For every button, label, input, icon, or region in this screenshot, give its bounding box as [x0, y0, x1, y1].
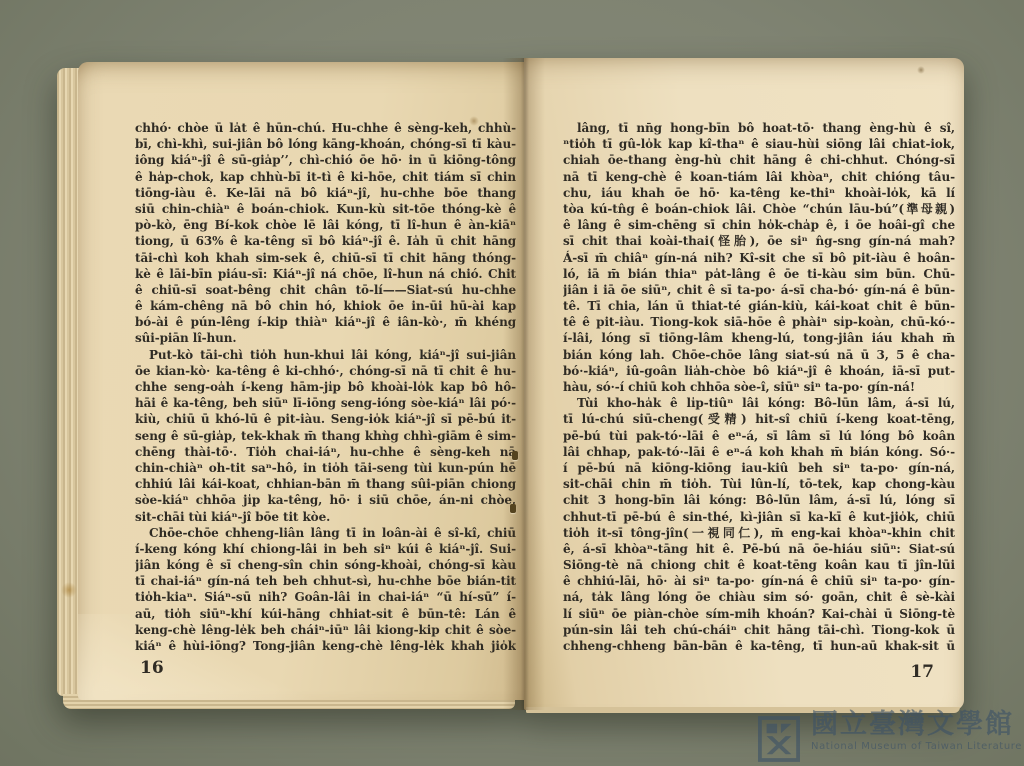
watermark-title-zh: 國立臺灣文學館: [811, 710, 1022, 740]
text-line: í-lâi, lóng sī tiōng-lâm kheng-lú, tong-…: [563, 330, 955, 346]
text-line: siū chin-chiàⁿ ê boán-chiok. Kun-kù sit-…: [135, 201, 516, 217]
watermark-text: 國立臺灣文學館 National Museum of Taiwan Litera…: [811, 710, 1022, 753]
text-line: tiōng-iàu ê. Ke-lāi nā bô kiáⁿ-jî, hu-ch…: [135, 185, 516, 201]
text-line: Á-sī m̄ chiâⁿ gín-ná nih? Kî-sit che sī …: [563, 250, 955, 266]
text-line: chhiú lâi kái-koat, chhian-bān m̄ thang …: [135, 476, 516, 492]
text-line: hàu, só·-í chiū koh chhōa sòe-î, siūⁿ si…: [563, 379, 955, 395]
photo-background: chhó· chòe ū la̍t ê hūn-chú. Hu-chhe ê s…: [0, 0, 1024, 766]
text-line: bī, chì-khì, sui-jiân bô lóng kāng-khoán…: [135, 136, 516, 152]
text-line: ê, á-sī khòaⁿ-tāng hit ê. Pē-bú nā ōe-hi…: [563, 541, 955, 557]
right-page: lâng, tī nn̄g hong-bīn bô hoat-tō· thang…: [524, 58, 964, 710]
text-line: Put-kò tāi-chì tio̍h hun-khui lâi kóng, …: [135, 347, 516, 363]
text-line: chhut-tī pē-bú ê sin-thé, kì-jiân sī ka-…: [563, 509, 955, 525]
staple-icon: [512, 451, 518, 460]
text-line: hāi ê ka-têng, beh siūⁿ lī-iōng seng-ión…: [135, 395, 516, 411]
text-line: Tùi kho-ha̍k ê li̍p-tiûⁿ lâi kóng: Bô-lū…: [563, 395, 955, 411]
text-line: tê. Tī chia, lán ū thiat-té gián-kiù, ká…: [563, 298, 955, 314]
text-line: ⁿtio̍h tī gû-lo̍k kap kî-thaⁿ ê siau-hùi…: [563, 136, 955, 152]
page-edge-stack-left: [57, 68, 79, 696]
left-page-text: chhó· chòe ū la̍t ê hūn-chú. Hu-chhe ê s…: [135, 120, 516, 654]
text-line: kiù, chiū ū khó-lū ê pit-iàu. Seng-io̍k …: [135, 411, 516, 427]
text-line: sit-chāi chin m̄ tio̍h. Tùi lûn-lí, tō-t…: [563, 476, 955, 492]
right-page-text: lâng, tī nn̄g hong-bīn bô hoat-tō· thang…: [563, 120, 955, 654]
text-line: pò-kò, ēng Bí-kok chòe lē lâi kóng, tī l…: [135, 217, 516, 233]
text-line: tio̍h it-sī tông-jîn(一視同仁), m̄ eng-kai k…: [563, 525, 955, 541]
text-line: ê ha̍p-chok, kap chhù-bī it-tì ê ki-hōe,…: [135, 169, 516, 185]
text-line: pē-bú tùi pak-tó·-lāi ê eⁿ-á, sī lâm sī …: [563, 428, 955, 444]
text-line: chheng-chheng bān-bān ê ka-têng, tī hun-…: [563, 638, 955, 654]
left-page: chhó· chòe ū la̍t ê hūn-chú. Hu-chhe ê s…: [78, 62, 524, 700]
text-line: chhe seng-oa̍h í-keng hām-ji̍p bô khoài-…: [135, 379, 516, 395]
text-line: nā tī keng-chè ê koan-tiám lâi khòaⁿ, ch…: [563, 169, 955, 185]
text-line: í pē-bú nā kiōng-kiōng iau-kiû beh siⁿ t…: [563, 460, 955, 476]
text-line: ê lâng ê sim-chēng sī chin ho̍k-cha̍p ê,…: [563, 217, 955, 233]
museum-logo-icon: [758, 716, 800, 762]
text-line: chu, iáu khah ōe hō· ka-têng ke-thiⁿ kho…: [563, 185, 955, 201]
text-line: ê kám-chêng nā bô chin hó, khiok ōe in-ū…: [135, 298, 516, 314]
text-line: pún-sin lâi teh chú-cháiⁿ chit hāng tāi-…: [563, 622, 955, 638]
text-line: ê chhiú-lāi, hō· ài siⁿ ta-po· gín-ná ê …: [563, 573, 955, 589]
text-line: lâi chhap, pak-tó·-lāi ê eⁿ-á koh khah m…: [563, 444, 955, 460]
page-number-right: 17: [910, 662, 934, 682]
text-line: bián kóng lah. Chōe-chōe lâng siat-sú nā…: [563, 347, 955, 363]
text-line: sûi-piān lî-hun.: [135, 330, 516, 346]
text-line: chin-chiàⁿ oh-tit saⁿ-hô, in tio̍h tāi-s…: [135, 460, 516, 476]
text-line: ná, ta̍k lâng lóng ōe chiàu sim só· goān…: [563, 589, 955, 605]
text-line: ê chiū-sī soat-bêng chit chân tō-lí——Sia…: [135, 282, 516, 298]
text-line: tê ê pit-iàu. Tiong-kok siā-hōe ê phàiⁿ …: [563, 314, 955, 330]
text-line: keng-chè lêng-le̍k beh cháiⁿ-iūⁿ lâi kio…: [135, 622, 516, 638]
text-line: chhó· chòe ū la̍t ê hūn-chú. Hu-chhe ê s…: [135, 120, 516, 136]
text-line: sī chit thai koài-thai(怪胎), ōe siⁿ n̂g-s…: [563, 233, 955, 249]
text-line: tio̍h-kiaⁿ. Siáⁿ-sū nih? Goân-lâi in cha…: [135, 589, 516, 605]
text-line: kiáⁿ ê hùi-iōng? Tong-jiân keng-chè lêng…: [135, 638, 516, 654]
text-line: ōe kian-kò· ka-têng ê ki-chhó·, chóng-sī…: [135, 363, 516, 379]
text-line: jiân kóng ê sī cheng-sîn chin sóng-khoài…: [135, 557, 516, 573]
text-line: bó-ài ê pún-lêng í-kip thiàⁿ kiáⁿ-jî ê i…: [135, 314, 516, 330]
page-number-left: 16: [140, 658, 164, 678]
text-line: aū, tio̍h siūⁿ-khí kúi-hāng chhiat-si̍t …: [135, 606, 516, 622]
text-line: tāi-chì koh khah sim-sek ê, chiū-sī tī c…: [135, 250, 516, 266]
text-line: lâng, tī nn̄g hong-bīn bô hoat-tō· thang…: [563, 120, 955, 136]
text-line: seng ê sū-gia̍p, tek-khak m̄ thang khǹg …: [135, 428, 516, 444]
text-line: lí siūⁿ ōe piàn-chòe sím-mih khoán? Kai-…: [563, 606, 955, 622]
text-line: í-keng kóng khí chiong-lâi in beh siⁿ kú…: [135, 541, 516, 557]
text-line: tī chai-iáⁿ gín-ná teh beh chhut-sì, hu-…: [135, 573, 516, 589]
text-line: tī lú-chú siū-cheng(受精) hit-sî chiū í-ke…: [563, 411, 955, 427]
text-line: sòe-kiáⁿ chhōa ji̍p ka-têng, hō· i siū c…: [135, 492, 516, 508]
text-line: Chōe-chōe chheng-liân lâng tī in loân-ài…: [135, 525, 516, 541]
text-line: sit-chāi tùi kiáⁿ-jî bōe tit kòe.: [135, 509, 516, 525]
text-line: tòa kú-tn̂g ê boán-chiok lâi. Chòe “chún…: [563, 201, 955, 217]
text-line: chēng thài-tō·. Tio̍h chai-iáⁿ, hu-chhe …: [135, 444, 516, 460]
text-line: tiong, ū 63% ê ka-têng sī bô kiáⁿ-jî ê. …: [135, 233, 516, 249]
text-line: ló, iā m̄ bián thiaⁿ pa̍t-lâng ê ōe ti-k…: [563, 266, 955, 282]
text-line: bó·-kiáⁿ, iû-goân lia̍h-chòe bô kiáⁿ-jî …: [563, 363, 955, 379]
text-line: kè ê lāi-bīn piáu-sī: Kiáⁿ-jî ná chōe, l…: [135, 266, 516, 282]
text-line: chit 3 hong-bīn lâi kóng: Bô-lūn lâm, á-…: [563, 492, 955, 508]
text-line: jiân i iā ōe siūⁿ, chit ê sī ta-po· á-sī…: [563, 282, 955, 298]
watermark-title-en: National Museum of Taiwan Literature: [811, 741, 1022, 753]
text-line: Siōng-tè nā chiong chit ê koat-tēng koân…: [563, 557, 955, 573]
watermark: 國立臺灣文學館 National Museum of Taiwan Litera…: [758, 710, 1022, 762]
open-book: chhó· chòe ū la̍t ê hūn-chú. Hu-chhe ê s…: [55, 52, 967, 714]
text-line: iông kiáⁿ-jî ê sū-gia̍p’’, chì-chió ōe h…: [135, 152, 516, 168]
staple-icon: [510, 504, 516, 513]
text-line: chiah ōe-thang èng-hù chit hāng ê chi-ch…: [563, 152, 955, 168]
